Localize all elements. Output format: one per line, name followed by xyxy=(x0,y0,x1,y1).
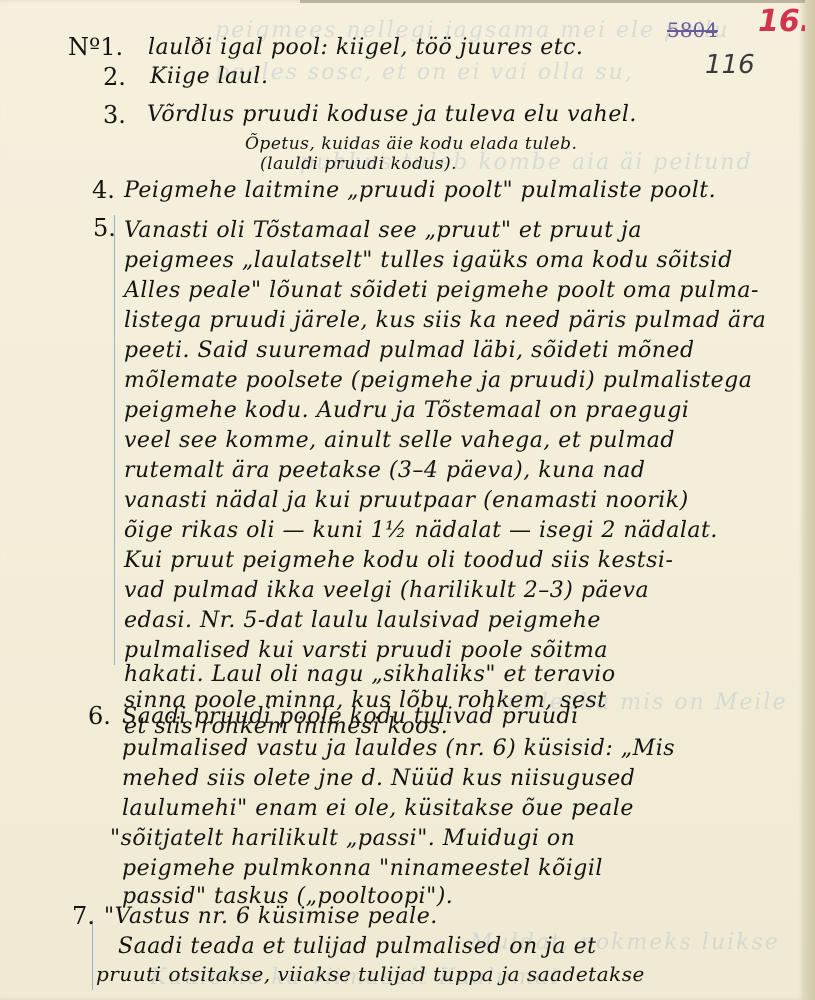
item-line: vad pulmad ikka veelgi (harilikult 2–3) … xyxy=(124,578,649,603)
item-line: Saadi pruudi poole kodu tulivad pruudi xyxy=(122,704,579,729)
item-line: peigmees „laulatselt" tulles igaüks oma … xyxy=(124,248,733,273)
item-line: "Vastus nr. 6 küsimise peale. xyxy=(104,904,438,929)
item-line: Peigmehe laitmine „pruudi poolt" pulmali… xyxy=(124,178,716,203)
item-line: listega pruudi järele, kus siis ka need … xyxy=(124,308,766,333)
item-line: vanasti nädal ja kui pruutpaar (enamasti… xyxy=(124,488,689,513)
item-line: Kui pruut peigmehe kodu oli toodud siis … xyxy=(124,548,673,573)
item-line: õige rikas oli — kuni 1½ nädalat — isegi… xyxy=(124,518,718,543)
item-number: 4. xyxy=(92,176,115,204)
item-line: "sõitjatelt harilikult „passi". Muidugi … xyxy=(110,826,575,851)
item-line: pruuti otsitakse, viiakse tulijad tuppa … xyxy=(96,962,645,986)
item-line: Alles peale" lõunat sõideti peigmehe poo… xyxy=(124,278,759,303)
item-line: laulði igal pool: kiigel, töö juures etc… xyxy=(148,35,583,60)
manuscript-page: peigmees nellegi jagsama mei ele peilu p… xyxy=(0,0,805,1000)
item-line: hakati. Laul oli nagu „sikhaliks" et ter… xyxy=(124,662,616,687)
item-line: laulumehi" enam ei ole, küsitakse õue pe… xyxy=(122,796,634,821)
item-line: Õpetus, kuidas äie kodu elada tuleb. xyxy=(245,134,577,154)
archive-number-struck: 5804 xyxy=(667,18,718,42)
item-line: edasi. Nr. 5-dat laulu laulsivad peigmeh… xyxy=(124,608,601,633)
item-line: mehed siis olete jne d. Nüüd kus niisugu… xyxy=(122,766,635,791)
margin-line xyxy=(114,215,115,665)
item-line: Saadi teada et tulijad pulmalised on ja … xyxy=(118,934,596,959)
item-number: 3. xyxy=(103,101,126,129)
item-line: veel see komme, ainult selle vahega, et … xyxy=(124,428,675,453)
item-line: peigmehe kodu. Audru ja Tõstemaal on pra… xyxy=(124,398,689,423)
item-line: Võrdlus pruudi koduse ja tuleva elu vahe… xyxy=(147,102,637,127)
item-line: (lauldi pruudi kodus). xyxy=(260,154,457,174)
item-line: mõlemate poolsete (peigmehe ja pruudi) p… xyxy=(124,368,752,393)
item-line: pulmalised vastu ja lauldes (nr. 6) küsi… xyxy=(122,736,675,761)
item-number: 6. xyxy=(88,702,111,730)
folio-number: 16. xyxy=(758,4,811,39)
item-number: Nº1. xyxy=(68,33,123,61)
item-number: 2. xyxy=(103,63,126,91)
item-line: peigmehe pulmkonna "ninameestel kõigil xyxy=(122,856,603,881)
item-line: peeti. Said suuremad pulmad läbi, sõidet… xyxy=(124,338,695,363)
item-line: rutemalt ära peetakse (3–4 päeva), kuna … xyxy=(124,458,645,483)
item-number: 7. xyxy=(72,902,95,930)
margin-line xyxy=(92,920,93,990)
item-line: Vanasti oli Tõstamaal see „pruut" et pru… xyxy=(124,218,642,243)
page-edge xyxy=(805,0,815,1000)
pencil-number: 116 xyxy=(705,50,755,80)
item-number: 5. xyxy=(93,214,116,242)
item-line: Kiige laul. xyxy=(150,64,268,89)
top-edge-rule xyxy=(300,0,815,3)
bleed-through-text: pooles sosc, et on ei vai olla su, xyxy=(215,60,634,85)
item-line: pulmalised kui varsti pruudi poole sõitm… xyxy=(124,638,608,663)
